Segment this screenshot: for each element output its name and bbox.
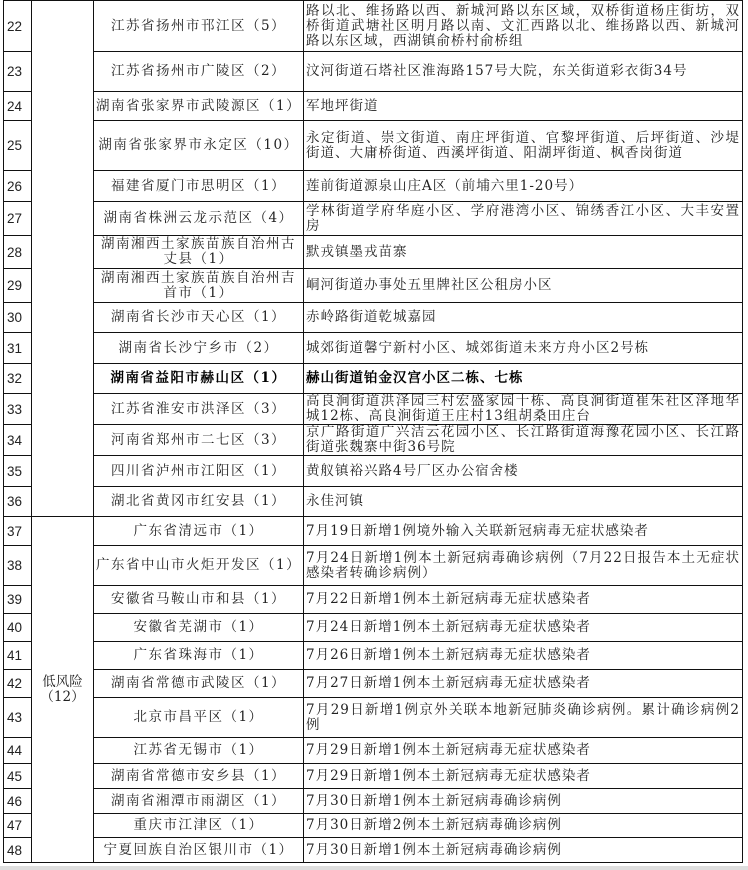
row-number: 32 <box>4 364 32 394</box>
location-detail-cell: 军地坪街道 <box>304 92 743 121</box>
table-row: 46湖南省湘潭市雨湖区（1）7月30日新增1例本土新冠病毒确诊病例 <box>4 789 743 814</box>
location-detail-cell: 默戎镇墨戎苗寨 <box>304 236 743 269</box>
row-number: 34 <box>4 425 32 456</box>
table-row: 29湖南湘西土家族苗族自治州吉首市（1）峒河街道办事处五里牌社区公租房小区 <box>4 269 743 303</box>
location-detail-cell: 7月30日新增1例本土新冠病毒确诊病例 <box>304 838 743 863</box>
row-number: 29 <box>4 269 32 303</box>
table-row: 43北京市昌平区（1）7月29日新增1例京外关联本地新冠肺炎确诊病例。累计确诊病… <box>4 698 743 738</box>
row-number: 22 <box>4 1 32 52</box>
area-name-cell: 江苏省扬州市广陵区（2） <box>94 52 304 92</box>
row-number: 39 <box>4 586 32 614</box>
area-name-cell: 湖南省株洲云龙示范区（4） <box>94 202 304 236</box>
row-number: 48 <box>4 838 32 863</box>
row-number: 45 <box>4 764 32 789</box>
location-detail-cell: 京广路街道广兴洁云花园小区、长江路街道海豫花园小区、长江路街道张魏寨中街36号院 <box>304 425 743 456</box>
location-detail-cell: 莲前街道源泉山庄A区（前埔六里1-20号） <box>304 171 743 202</box>
table-row: 33江苏省淮安市洪泽区（3）高良涧街道洪泽园三村宏盛家园十栋、高良涧街道崔朱社区… <box>4 394 743 425</box>
area-name-cell: 江苏省无锡市（1） <box>94 738 304 764</box>
area-name-cell: 北京市昌平区（1） <box>94 698 304 738</box>
table-row: 24湖南省张家界市武陵源区（1）军地坪街道 <box>4 92 743 121</box>
area-name-cell: 湖南省张家界市永定区（10） <box>94 121 304 171</box>
area-name-cell: 湖南省张家界市武陵源区（1） <box>94 92 304 121</box>
table-row: 36湖北省黄冈市红安县（1）永佳河镇 <box>4 487 743 517</box>
area-name-cell: 江苏省淮安市洪泽区（3） <box>94 394 304 425</box>
area-name-cell: 广东省清远市（1） <box>94 517 304 546</box>
area-name-cell: 湖南省湘潭市雨湖区（1） <box>94 789 304 814</box>
row-number: 43 <box>4 698 32 738</box>
location-detail-cell: 城郊街道馨宁新村小区、城郊街道未来方舟小区2号栋 <box>304 333 743 364</box>
row-number: 28 <box>4 236 32 269</box>
table-row: 35四川省泸州市江阳区（1）黄舣镇裕兴路4号厂区办公宿舍楼 <box>4 456 743 487</box>
row-number: 24 <box>4 92 32 121</box>
area-name-cell: 湖南省常德市安乡县（1） <box>94 764 304 789</box>
row-number: 23 <box>4 52 32 92</box>
table-row: 23江苏省扬州市广陵区（2）汶河街道石塔社区淮海路157号大院，东关街道彩衣街3… <box>4 52 743 92</box>
table-row: 27湖南省株洲云龙示范区（4）学林街道学府华庭小区、学府港湾小区、锦绣香江小区、… <box>4 202 743 236</box>
table-row: 48宁夏回族自治区银川市（1）7月30日新增1例本土新冠病毒确诊病例 <box>4 838 743 863</box>
row-number: 38 <box>4 546 32 586</box>
location-detail-cell: 7月27日新增1例本土新冠病毒无症状感染者 <box>304 670 743 698</box>
location-detail-cell: 峒河街道办事处五里牌社区公租房小区 <box>304 269 743 303</box>
row-number: 47 <box>4 814 32 838</box>
area-name-cell: 湖南省益阳市赫山区（1） <box>94 364 304 394</box>
risk-level-count: （12） <box>34 690 91 705</box>
row-number: 30 <box>4 303 32 333</box>
location-detail-cell: 黄舣镇裕兴路4号厂区办公宿舍楼 <box>304 456 743 487</box>
table-row: 26福建省厦门市思明区（1）莲前街道源泉山庄A区（前埔六里1-20号） <box>4 171 743 202</box>
area-name-cell: 湖北省黄冈市红安县（1） <box>94 487 304 517</box>
area-name-cell: 宁夏回族自治区银川市（1） <box>94 838 304 863</box>
area-name-cell: 湖南省长沙市天心区（1） <box>94 303 304 333</box>
location-detail-cell: 学林街道学府华庭小区、学府港湾小区、锦绣香江小区、大丰安置房 <box>304 202 743 236</box>
row-number: 26 <box>4 171 32 202</box>
area-name-cell: 江苏省扬州市邗江区（5） <box>94 1 304 52</box>
area-name-cell: 湖南省常德市武陵区（1） <box>94 670 304 698</box>
table-row: 22江苏省扬州市邗江区（5）路以北、维扬路以西、新城河路以东区域，双桥街道杨庄街… <box>4 1 743 52</box>
area-name-cell: 湖南省长沙宁乡市（2） <box>94 333 304 364</box>
row-number: 42 <box>4 670 32 698</box>
area-name-cell: 安徽省芜湖市（1） <box>94 614 304 642</box>
table-row: 32湖南省益阳市赫山区（1）赫山街道铂金汉宫小区二栋、七栋 <box>4 364 743 394</box>
table-row: 25湖南省张家界市永定区（10）永定街道、崇文街道、南庄坪街道、官黎坪街道、后坪… <box>4 121 743 171</box>
location-detail-cell: 7月29日新增1例本土新冠病毒无症状感染者 <box>304 738 743 764</box>
table-row: 47重庆市江津区（1）7月30日新增2例本土新冠病毒确诊病例 <box>4 814 743 838</box>
table-row: 42湖南省常德市武陵区（1）7月27日新增1例本土新冠病毒无症状感染者 <box>4 670 743 698</box>
table-row: 34河南省郑州市二七区（3）京广路街道广兴洁云花园小区、长江路街道海豫花园小区、… <box>4 425 743 456</box>
location-detail-cell: 7月24日新增1例本土新冠病毒无症状感染者 <box>304 614 743 642</box>
location-detail-cell: 路以北、维扬路以西、新城河路以东区域，双桥街道杨庄街坊，双桥街道武塘社区明月路以… <box>304 1 743 52</box>
area-name-cell: 重庆市江津区（1） <box>94 814 304 838</box>
row-number: 27 <box>4 202 32 236</box>
row-number: 31 <box>4 333 32 364</box>
area-name-cell: 湖南湘西土家族苗族自治州古丈县（1） <box>94 236 304 269</box>
location-detail-cell: 永佳河镇 <box>304 487 743 517</box>
row-number: 41 <box>4 642 32 670</box>
table-row: 45湖南省常德市安乡县（1）7月29日新增1例本土新冠病毒无症状感染者 <box>4 764 743 789</box>
row-number: 36 <box>4 487 32 517</box>
row-number: 40 <box>4 614 32 642</box>
table-row: 40安徽省芜湖市（1）7月24日新增1例本土新冠病毒无症状感染者 <box>4 614 743 642</box>
risk-level-label: 低风险 <box>34 675 91 690</box>
risk-level-cell-medium-continued <box>32 1 94 517</box>
table-row: 37低风险（12）广东省清远市（1）7月19日新增1例境外输入关联新冠病毒无症状… <box>4 517 743 546</box>
row-number: 35 <box>4 456 32 487</box>
table-row: 38广东省中山市火炬开发区（1）7月24日新增1例本土新冠病毒确诊病例（7月22… <box>4 546 743 586</box>
location-detail-cell: 7月19日新增1例境外输入关联新冠病毒无症状感染者 <box>304 517 743 546</box>
location-detail-cell: 高良涧街道洪泽园三村宏盛家园十栋、高良涧街道崔朱社区泽地华城12栋、高良涧街道王… <box>304 394 743 425</box>
table-row: 44江苏省无锡市（1）7月29日新增1例本土新冠病毒无症状感染者 <box>4 738 743 764</box>
row-number: 46 <box>4 789 32 814</box>
location-detail-cell: 7月30日新增1例本土新冠病毒确诊病例 <box>304 789 743 814</box>
location-detail-cell: 7月24日新增1例本土新冠病毒确诊病例（7月22日报告本土无症状感染者转确诊病例… <box>304 546 743 586</box>
location-detail-cell: 7月30日新增2例本土新冠病毒确诊病例 <box>304 814 743 838</box>
location-detail-cell: 赤岭路街道乾城嘉园 <box>304 303 743 333</box>
location-detail-cell: 7月26日新增1例本土新冠病毒无症状感染者 <box>304 642 743 670</box>
risk-area-table: 22江苏省扬州市邗江区（5）路以北、维扬路以西、新城河路以东区域，双桥街道杨庄街… <box>3 0 743 863</box>
table-row: 31湖南省长沙宁乡市（2）城郊街道馨宁新村小区、城郊街道未来方舟小区2号栋 <box>4 333 743 364</box>
area-name-cell: 广东省中山市火炬开发区（1） <box>94 546 304 586</box>
location-detail-cell: 永定街道、崇文街道、南庄坪街道、官黎坪街道、后坪街道、沙堤街道、大庸桥街道、西溪… <box>304 121 743 171</box>
table-row: 39安徽省马鞍山市和县（1）7月22日新增1例本土新冠病毒无症状感染者 <box>4 586 743 614</box>
area-name-cell: 安徽省马鞍山市和县（1） <box>94 586 304 614</box>
area-name-cell: 湖南湘西土家族苗族自治州吉首市（1） <box>94 269 304 303</box>
page-bottom-edge <box>0 866 748 870</box>
location-detail-cell: 7月22日新增1例本土新冠病毒无症状感染者 <box>304 586 743 614</box>
table-row: 28湖南湘西土家族苗族自治州古丈县（1）默戎镇墨戎苗寨 <box>4 236 743 269</box>
row-number: 25 <box>4 121 32 171</box>
row-number: 37 <box>4 517 32 546</box>
area-name-cell: 四川省泸州市江阳区（1） <box>94 456 304 487</box>
location-detail-cell: 赫山街道铂金汉宫小区二栋、七栋 <box>304 364 743 394</box>
table-body: 22江苏省扬州市邗江区（5）路以北、维扬路以西、新城河路以东区域，双桥街道杨庄街… <box>4 1 743 863</box>
risk-level-cell-low: 低风险（12） <box>32 517 94 863</box>
location-detail-cell: 7月29日新增1例京外关联本地新冠肺炎确诊病例。累计确诊病例2例 <box>304 698 743 738</box>
location-detail-cell: 7月29日新增1例本土新冠病毒无症状感染者 <box>304 764 743 789</box>
table-row: 41广东省珠海市（1）7月26日新增1例本土新冠病毒无症状感染者 <box>4 642 743 670</box>
location-detail-cell: 汶河街道石塔社区淮海路157号大院，东关街道彩衣街34号 <box>304 52 743 92</box>
area-name-cell: 福建省厦门市思明区（1） <box>94 171 304 202</box>
row-number: 44 <box>4 738 32 764</box>
table-row: 30湖南省长沙市天心区（1）赤岭路街道乾城嘉园 <box>4 303 743 333</box>
area-name-cell: 广东省珠海市（1） <box>94 642 304 670</box>
row-number: 33 <box>4 394 32 425</box>
area-name-cell: 河南省郑州市二七区（3） <box>94 425 304 456</box>
